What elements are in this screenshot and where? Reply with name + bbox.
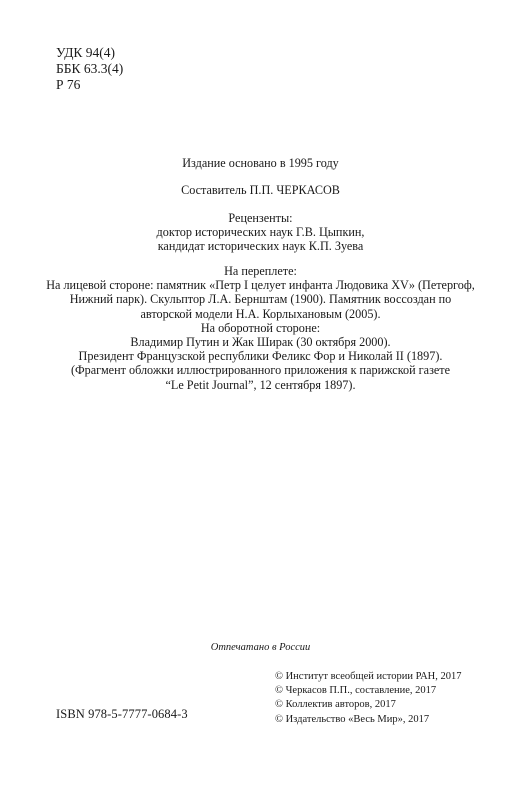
cover-line: Владимир Путин и Жак Ширак (30 октября 2… (0, 335, 521, 349)
reviewers-heading: Рецензенты: (0, 211, 521, 225)
cover-line: Президент Французской республики Феликс … (0, 349, 521, 363)
cover-line: авторской модели Н.А. Корлыхановым (2005… (0, 307, 521, 321)
cover-line: На лицевой стороне: памятник «Петр I цел… (0, 278, 521, 292)
cover-line: “Le Petit Journal”, 12 сентября 1897). (0, 378, 521, 392)
cover-heading: На переплете: (0, 264, 521, 278)
cover-line: Нижний парк). Скульптор Л.А. Бернштам (1… (0, 292, 521, 306)
edition-note: Издание основано в 1995 году (0, 156, 521, 170)
copyright-line: © Институт всеобщей истории РАН, 2017 (275, 670, 462, 684)
copyright-line: © Черкасов П.П., составление, 2017 (275, 684, 462, 698)
cover-line: (Фрагмент обложки иллюстрированного прил… (0, 363, 521, 377)
cover-line: На оборотной стороне: (0, 321, 521, 335)
reviewer-line: доктор исторических наук Г.В. Цыпкин, (0, 225, 521, 239)
copyright-line: © Коллектив авторов, 2017 (275, 698, 462, 712)
classification-block: УДК 94(4) ББК 63.3(4) Р 76 (56, 45, 123, 93)
printed-in-note: Отпечатано в России (0, 642, 521, 653)
compiler-credit: Составитель П.П. ЧЕРКАСОВ (0, 183, 521, 197)
copyright-line: © Издательство «Весь Мир», 2017 (275, 713, 462, 727)
bbk-code: ББК 63.3(4) (56, 61, 123, 77)
udk-code: УДК 94(4) (56, 45, 123, 61)
reviewer-line: кандидат исторических наук К.П. Зуева (0, 239, 521, 253)
copyright-block: © Институт всеобщей истории РАН, 2017 © … (275, 670, 462, 727)
author-mark: Р 76 (56, 77, 123, 93)
reviewers-block: Рецензенты: доктор исторических наук Г.В… (0, 211, 521, 254)
isbn: ISBN 978-5-7777-0684-3 (56, 707, 188, 722)
cover-description: На переплете: На лицевой стороне: памятн… (0, 264, 521, 392)
